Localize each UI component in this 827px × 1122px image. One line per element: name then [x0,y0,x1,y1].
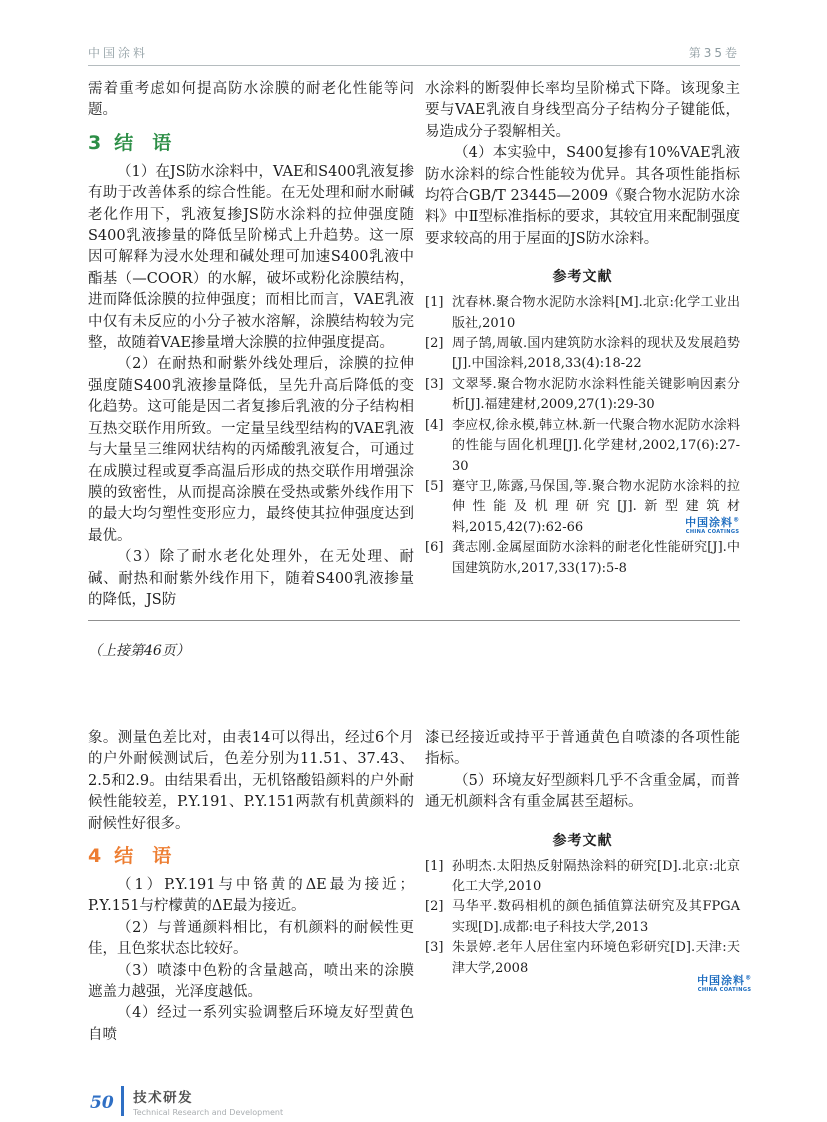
reference-text: 李应权,徐永模,韩立林.新一代聚合物水泥防水涂料的性能与固化机理[J].化学建材… [452,418,740,474]
journal-page: 中国涂料 第35卷 需着重考虑如何提高防水涂膜的耐老化性能等问题。 3结 语 （… [0,0,827,1122]
reference-item: [2] 周子鹄,周敏.国内建筑防水涂料的现状及发展趋势[J].中国涂料,2018… [425,334,740,375]
footer-section-title: 技术研发 [133,1086,283,1106]
reference-item: [1] 沈春林.聚合物水泥防水涂料[M].北京:化学工业出版社,2010 [425,293,740,334]
china-coatings-logo: 中国涂料® CHINA COATINGS [681,517,744,536]
reference-number: [3] [425,938,443,958]
running-head: 中国涂料 第35卷 [88,44,740,66]
reference-number: [3] [425,375,443,395]
article1-paragraph-2: （2）在耐热和耐紫外线处理后，涂膜的拉伸强度随S400乳液掺量降低，呈先升高后降… [88,354,414,547]
continued-from-note: （上接第46页） [88,640,190,660]
article1-intro-line: 需着重考虑如何提高防水涂膜的耐老化性能等问题。 [88,79,414,122]
reference-number: [6] [425,538,443,558]
page-number: 50 [88,1093,121,1116]
reference-text: 文翠琴.聚合物水泥防水涂料性能关键影响因素分析[J].福建建材,2009,27(… [452,377,740,412]
article2-paragraph-5: （5）环境友好型颜料几乎不含重金属，而普通无机颜料含有重金属甚至超标。 [425,771,740,814]
reference-item: [3] 朱景婷.老年人居住室内环境色彩研究[D].天津:天津大学,2008 [425,938,740,979]
reference-text: 周子鹄,周敏.国内建筑防水涂料的现状及发展趋势[J].中国涂料,2018,33(… [452,336,740,371]
volume-label: 第35卷 [689,44,740,61]
reference-item: [4] 李应权,徐永模,韩立林.新一代聚合物水泥防水涂料的性能与固化机理[J].… [425,416,740,477]
logo-subtitle: CHINA COATINGS [686,530,740,536]
reference-number: [1] [425,857,443,877]
china-coatings-logo: 中国涂料® CHINA COATINGS [693,975,756,994]
article1-paragraph-4: （4）本实验中，S400复掺有10%VAE乳液防水涂料的综合性能较为优异。其各项… [425,143,740,250]
registered-mark-icon: ® [745,974,752,981]
article2-paragraph-4: （4）经过一系列实验调整后环境友好型黄色自喷 [88,1003,414,1046]
article1-section-heading: 3结 语 [88,131,414,155]
logo-name: 中国涂料 [697,974,745,987]
reference-text: 沈春林.聚合物水泥防水涂料[M].北京:化学工业出版社,2010 [452,295,740,330]
article1-left-column: 需着重考虑如何提高防水涂膜的耐老化性能等问题。 3结 语 （1）在JS防水涂料中… [88,79,414,611]
reference-item: [6] 龚志刚.金属屋面防水涂料的耐老化性能研究[J].中国建筑防水,2017,… [425,538,740,579]
reference-number: [2] [425,897,443,917]
article-divider-line [88,620,740,621]
reference-number: [4] [425,416,443,436]
article2-right-column: 漆已经接近或持平于普通黄色自喷漆的各项性能指标。 （5）环境友好型颜料几乎不含重… [425,728,740,979]
page-footer: 50 技术研发 Technical Research and Developme… [88,1086,283,1116]
section-number: 3 [88,132,101,154]
reference-item: [2] 马华平.数码相机的颜色插值算法研究及其FPGA实现[D].成都:电子科技… [425,897,740,938]
article2-paragraph-2: （2）与普通颜料相比，有机颜料的耐候性更佳，且色浆状态比较好。 [88,918,414,961]
reference-text: 龚志刚.金属屋面防水涂料的耐老化性能研究[J].中国建筑防水,2017,33(1… [452,540,740,575]
article1-references-title: 参考文献 [425,266,740,286]
article2-continuation: 漆已经接近或持平于普通黄色自喷漆的各项性能指标。 [425,728,740,771]
article2-intro: 象。测量色差比对，由表14可以得出，经过6个月的户外耐候测试后，色差分别为11.… [88,728,414,835]
section-number: 4 [88,845,101,867]
reference-number: [5] [425,477,443,497]
article1-paragraph-3: （3）除了耐水老化处理外，在无处理、耐碱、耐热和耐紫外线作用下，随着S400乳液… [88,547,414,611]
article2-paragraph-3: （3）喷漆中色粉的含量越高，喷出来的涂膜遮盖力越强，光泽度越低。 [88,961,414,1004]
footer-accent-bar [121,1086,125,1116]
article2-section-heading: 4结 语 [88,844,414,868]
journal-title: 中国涂料 [88,44,148,61]
article1-paragraph-1: （1）在JS防水涂料中，VAE和S400乳液复掺有助于改善体系的综合性能。在无处… [88,162,414,355]
article2-references-title: 参考文献 [425,830,740,850]
logo-subtitle: CHINA COATINGS [698,988,752,994]
footer-section-subtitle: Technical Research and Development [133,1108,283,1117]
reference-text: 马华平.数码相机的颜色插值算法研究及其FPGA实现[D].成都:电子科技大学,2… [452,899,740,934]
reference-text: 朱景婷.老年人居住室内环境色彩研究[D].天津:天津大学,2008 [452,940,740,975]
section-title: 结 语 [114,132,171,154]
reference-text: 孙明杰.太阳热反射隔热涂料的研究[D].北京:北京化工大学,2010 [452,859,740,894]
reference-item: [1] 孙明杰.太阳热反射隔热涂料的研究[D].北京:北京化工大学,2010 [425,857,740,898]
logo-name: 中国涂料 [685,516,733,529]
reference-number: [1] [425,293,443,313]
article1-right-column: 水涂料的断裂伸长率均呈阶梯式下降。该现象主要与VAE乳液自身线型高分子结构分子键… [425,79,740,579]
reference-number: [2] [425,334,443,354]
article2-paragraph-1: （1）P.Y.191与中铬黄的ΔE最为接近；P.Y.151与柠檬黄的ΔE最为接近… [88,875,414,918]
reference-item: [3] 文翠琴.聚合物水泥防水涂料性能关键影响因素分析[J].福建建材,2009… [425,375,740,416]
registered-mark-icon: ® [733,516,740,523]
article2-left-column: 象。测量色差比对，由表14可以得出，经过6个月的户外耐候测试后，色差分别为11.… [88,728,414,1046]
section-title: 结 语 [114,845,171,867]
article1-continuation: 水涂料的断裂伸长率均呈阶梯式下降。该现象主要与VAE乳液自身线型高分子结构分子键… [425,79,740,143]
